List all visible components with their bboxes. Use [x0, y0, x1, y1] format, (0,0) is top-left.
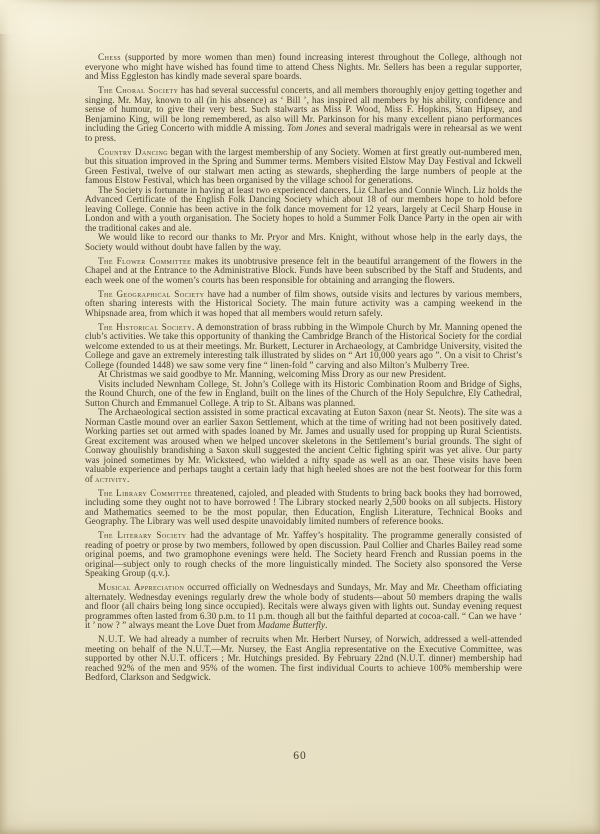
section-lead: Country Dancing: [98, 147, 168, 157]
text-run: The Archaeological section assisted in s…: [85, 407, 522, 484]
paragraph-musical-appreciation: Musical Appreciation occurred officially…: [85, 583, 522, 631]
text-run: We had already a number of recruits when…: [85, 634, 522, 682]
paragraph-flower-committee: The Flower Committee makes its unobtrusi…: [85, 257, 522, 286]
paragraph-literary-society: The Literary Society had the advantage o…: [85, 531, 522, 579]
text-run: We would like to record our thanks to Mr…: [85, 232, 522, 252]
text-run: .: [325, 620, 327, 630]
section-lead: The Literary Society: [98, 530, 187, 540]
page: Chess (supported by more women than men)…: [0, 0, 600, 834]
paragraph-nut: N.U.T. We had already a number of recrui…: [85, 635, 522, 683]
section-lead: The Library Committee: [98, 488, 192, 498]
italic-title: Tom Jones: [287, 123, 326, 133]
section-lead: The Geographical Society: [98, 289, 205, 299]
paragraph-country-dancing-3: We would like to record our thanks to Mr…: [85, 233, 522, 252]
paragraph-country-dancing: Country Dancing began with the largest m…: [85, 148, 522, 186]
text-run: .: [127, 474, 129, 484]
text-run: The Society is fortunate in having at le…: [85, 185, 522, 233]
paragraph-library-committee: The Library Committee threatened, cajole…: [85, 489, 522, 527]
text-run: At Christmas we said goodbye to Mr. Mann…: [98, 369, 446, 379]
paragraph-historical-society-3: Visits included Newnham College, St. Joh…: [85, 380, 522, 409]
smallcaps-run: activity: [95, 474, 127, 484]
italic-title: Madame Butterfly: [258, 620, 325, 630]
text-run: Visits included Newnham College, St. Joh…: [85, 379, 522, 408]
page-content: Chess (supported by more women than men)…: [85, 53, 522, 683]
text-run: (supported by more women than men) found…: [85, 52, 522, 81]
section-lead: Musical Appreciation: [98, 582, 184, 592]
paragraph-geographical-society: The Geographical Society have had a numb…: [85, 290, 522, 319]
section-lead: The Choral Society: [98, 85, 178, 95]
section-lead: N.U.T.: [98, 634, 126, 644]
section-lead: The Historical Society: [98, 322, 192, 332]
paragraph-chess: Chess (supported by more women than men)…: [85, 53, 522, 82]
page-number: 60: [0, 750, 600, 762]
section-lead: Chess: [98, 52, 121, 62]
page-curl: [0, 0, 70, 34]
paragraph-archaeological-section: The Archaeological section assisted in s…: [85, 408, 522, 484]
paragraph-country-dancing-2: The Society is fortunate in having at le…: [85, 186, 522, 234]
paragraph-choral-society: The Choral Society has had several succe…: [85, 86, 522, 143]
paragraph-historical-society: The Historical Society. A demonstration …: [85, 323, 522, 371]
section-lead: The Flower Committee: [98, 256, 191, 266]
